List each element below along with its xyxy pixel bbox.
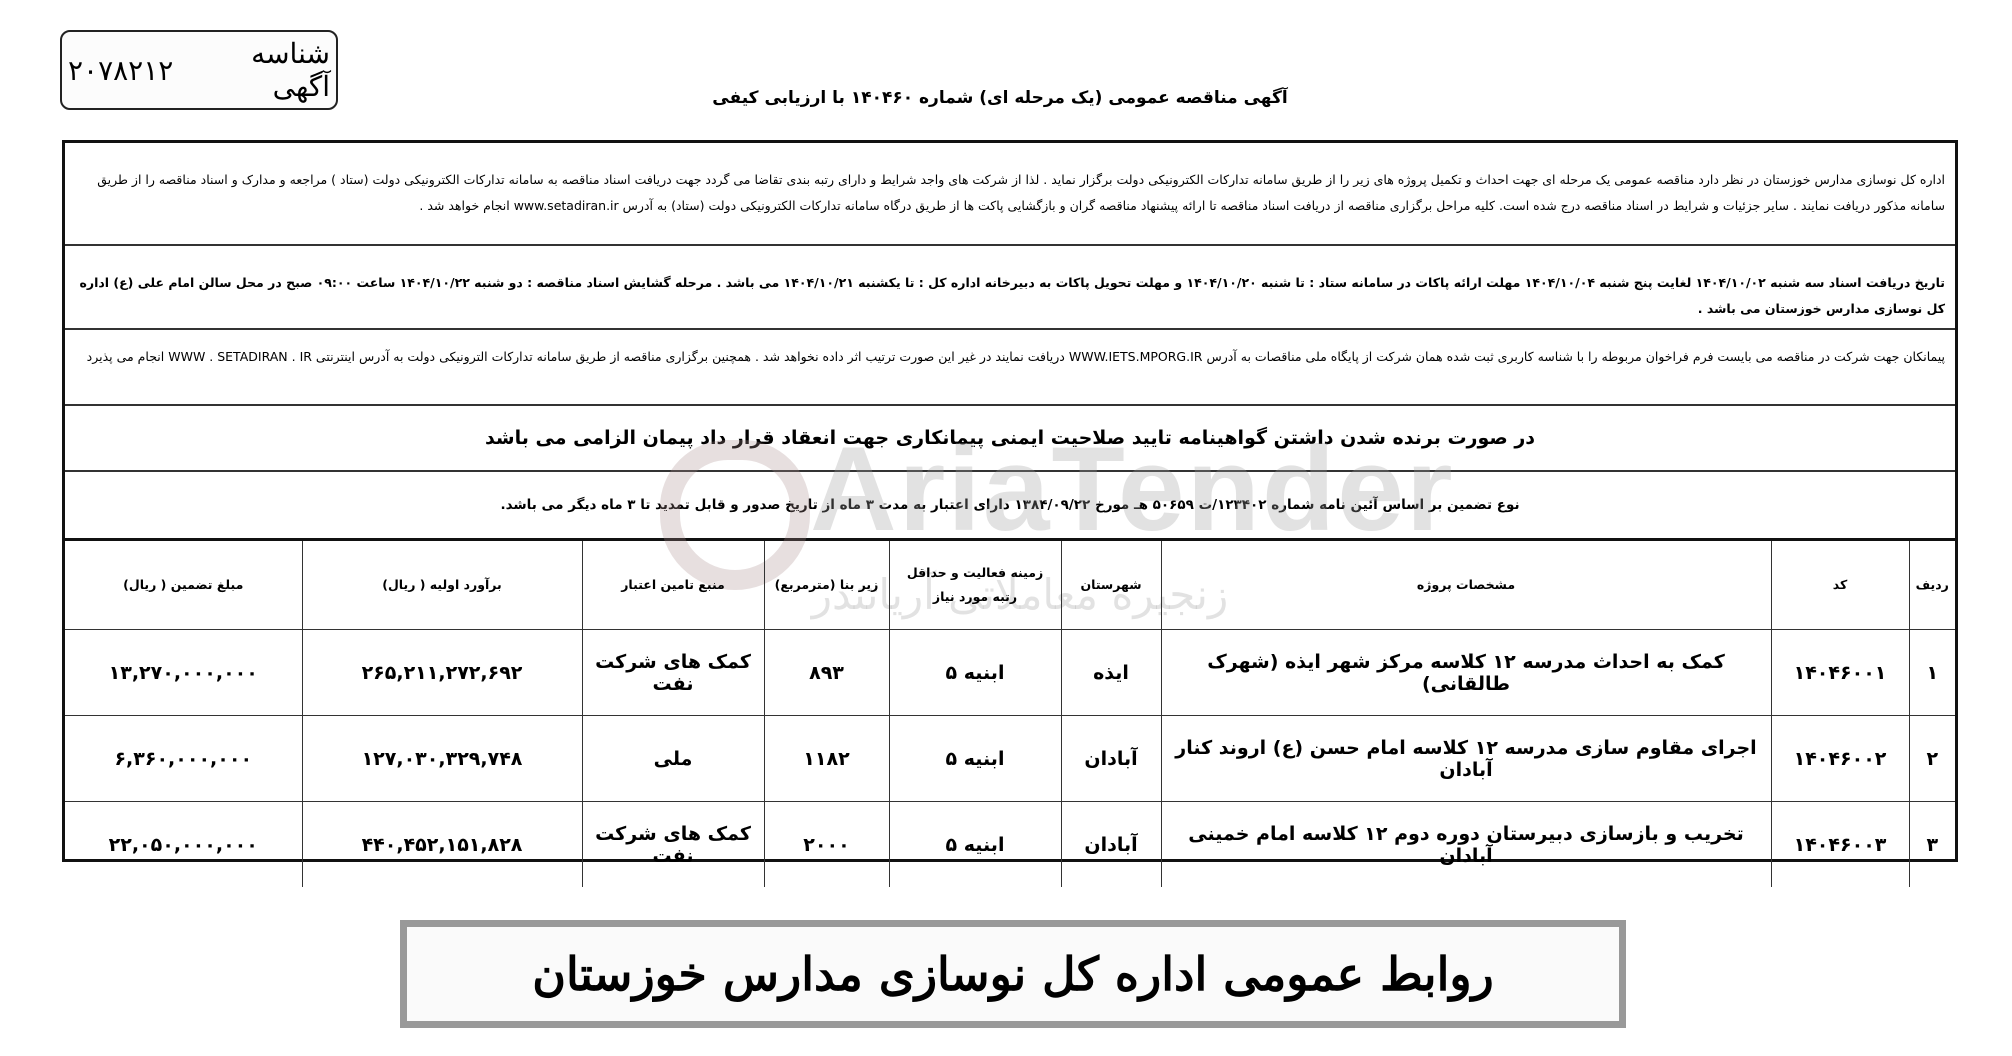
schedule-section: تاریخ دریافت اسناد سه شنبه ۱۴۰۴/۱۰/۰۲ لغ… bbox=[65, 246, 1955, 330]
cell-code: ۱۴۰۴۶۰۰۲ bbox=[1771, 716, 1909, 802]
cell-county: آبادان bbox=[1061, 802, 1161, 888]
header-area: زیر بنا (مترمربع) bbox=[764, 541, 889, 630]
cell-county: آبادان bbox=[1061, 716, 1161, 802]
cell-row-number: ۳ bbox=[1909, 802, 1955, 888]
cell-funding: کمک های شرکت نفت bbox=[582, 802, 764, 888]
header-row-number: ردیف bbox=[1909, 541, 1955, 630]
registration-section: پیمانکان جهت شرکت در مناقصه می بایست فرم… bbox=[65, 330, 1955, 406]
cell-county: ایذه bbox=[1061, 630, 1161, 716]
cell-code: ۱۴۰۴۶۰۰۱ bbox=[1771, 630, 1909, 716]
notice-id-box: شناسه آگهی ۲۰۷۸۲۱۲ bbox=[60, 30, 338, 110]
cell-project: کمک به احداث مدرسه ۱۲ کلاسه مرکز شهر ایذ… bbox=[1161, 630, 1771, 716]
notice-title: آگهی مناقصه عمومی (یک مرحله ای) شماره ۱۴… bbox=[600, 88, 1400, 108]
guarantee-section: نوع تضمین بر اساس آئین نامه شماره ۱۲۳۴۰۲… bbox=[65, 472, 1955, 541]
cell-guarantee: ۶,۳۶۰,۰۰۰,۰۰۰ bbox=[65, 716, 302, 802]
cell-code: ۱۴۰۴۶۰۰۳ bbox=[1771, 802, 1909, 888]
header-project: مشخصات پروژه bbox=[1161, 541, 1771, 630]
cell-area: ۸۹۳ bbox=[764, 630, 889, 716]
projects-table: ردیف کد مشخصات پروژه شهرستان زمینه فعالی… bbox=[65, 541, 1955, 887]
cell-row-number: ۱ bbox=[1909, 630, 1955, 716]
intro-section: اداره کل نوسازی مدارس خوزستان در نظر دار… bbox=[65, 143, 1955, 246]
cell-guarantee: ۲۲,۰۵۰,۰۰۰,۰۰۰ bbox=[65, 802, 302, 888]
footer-signature: روابط عمومی اداره کل نوسازی مدارس خوزستا… bbox=[400, 920, 1626, 1028]
header-code: کد bbox=[1771, 541, 1909, 630]
notice-id-label: شناسه آگهی bbox=[185, 37, 330, 103]
cell-estimate: ۲۶۵,۲۱۱,۲۷۲,۶۹۲ bbox=[302, 630, 582, 716]
cell-estimate: ۱۲۷,۰۳۰,۳۲۹,۷۴۸ bbox=[302, 716, 582, 802]
notice-frame: اداره کل نوسازی مدارس خوزستان در نظر دار… bbox=[62, 140, 1958, 862]
cell-funding: کمک های شرکت نفت bbox=[582, 630, 764, 716]
cell-area: ۲۰۰۰ bbox=[764, 802, 889, 888]
cell-field: ابنیه ۵ bbox=[889, 802, 1061, 888]
cell-area: ۱۱۸۲ bbox=[764, 716, 889, 802]
table-row: ۱ ۱۴۰۴۶۰۰۱ کمک به احداث مدرسه ۱۲ کلاسه م… bbox=[65, 630, 1955, 716]
header-field: زمینه فعالیت و حداقل رتبه مورد نیاز bbox=[889, 541, 1061, 630]
cell-guarantee: ۱۳,۲۷۰,۰۰۰,۰۰۰ bbox=[65, 630, 302, 716]
cell-funding: ملی bbox=[582, 716, 764, 802]
header-funding: منبع تامین اعتبار bbox=[582, 541, 764, 630]
intro-text: اداره کل نوسازی مدارس خوزستان در نظر دار… bbox=[65, 143, 1955, 219]
certificate-section: در صورت برنده شدن داشتن گواهینامه تایید … bbox=[65, 406, 1955, 472]
table-row: ۲ ۱۴۰۴۶۰۰۲ اجرای مقاوم سازی مدرسه ۱۲ کلا… bbox=[65, 716, 1955, 802]
cell-estimate: ۴۴۰,۴۵۲,۱۵۱,۸۲۸ bbox=[302, 802, 582, 888]
cell-project: اجرای مقاوم سازی مدرسه ۱۲ کلاسه امام حسن… bbox=[1161, 716, 1771, 802]
schedule-text: تاریخ دریافت اسناد سه شنبه ۱۴۰۴/۱۰/۰۲ لغ… bbox=[65, 246, 1955, 322]
certificate-text: در صورت برنده شدن داشتن گواهینامه تایید … bbox=[485, 427, 1535, 449]
header-estimate: برآورد اولیه ( ریال) bbox=[302, 541, 582, 630]
cell-field: ابنیه ۵ bbox=[889, 716, 1061, 802]
footer-text: روابط عمومی اداره کل نوسازی مدارس خوزستا… bbox=[532, 947, 1494, 1001]
registration-text: پیمانکان جهت شرکت در مناقصه می بایست فرم… bbox=[65, 330, 1955, 370]
cell-row-number: ۲ bbox=[1909, 716, 1955, 802]
table-header-row: ردیف کد مشخصات پروژه شهرستان زمینه فعالی… bbox=[65, 541, 1955, 630]
cell-field: ابنیه ۵ bbox=[889, 630, 1061, 716]
table-row: ۳ ۱۴۰۴۶۰۰۳ تخریب و بازسازی دبیرستان دوره… bbox=[65, 802, 1955, 888]
cell-project: تخریب و بازسازی دبیرستان دوره دوم ۱۲ کلا… bbox=[1161, 802, 1771, 888]
notice-id-value: ۲۰۷۸۲۱۲ bbox=[68, 54, 173, 87]
header-county: شهرستان bbox=[1061, 541, 1161, 630]
guarantee-text: نوع تضمین بر اساس آئین نامه شماره ۱۲۳۴۰۲… bbox=[500, 497, 1519, 513]
header-guarantee: مبلغ تضمین ( ریال) bbox=[65, 541, 302, 630]
